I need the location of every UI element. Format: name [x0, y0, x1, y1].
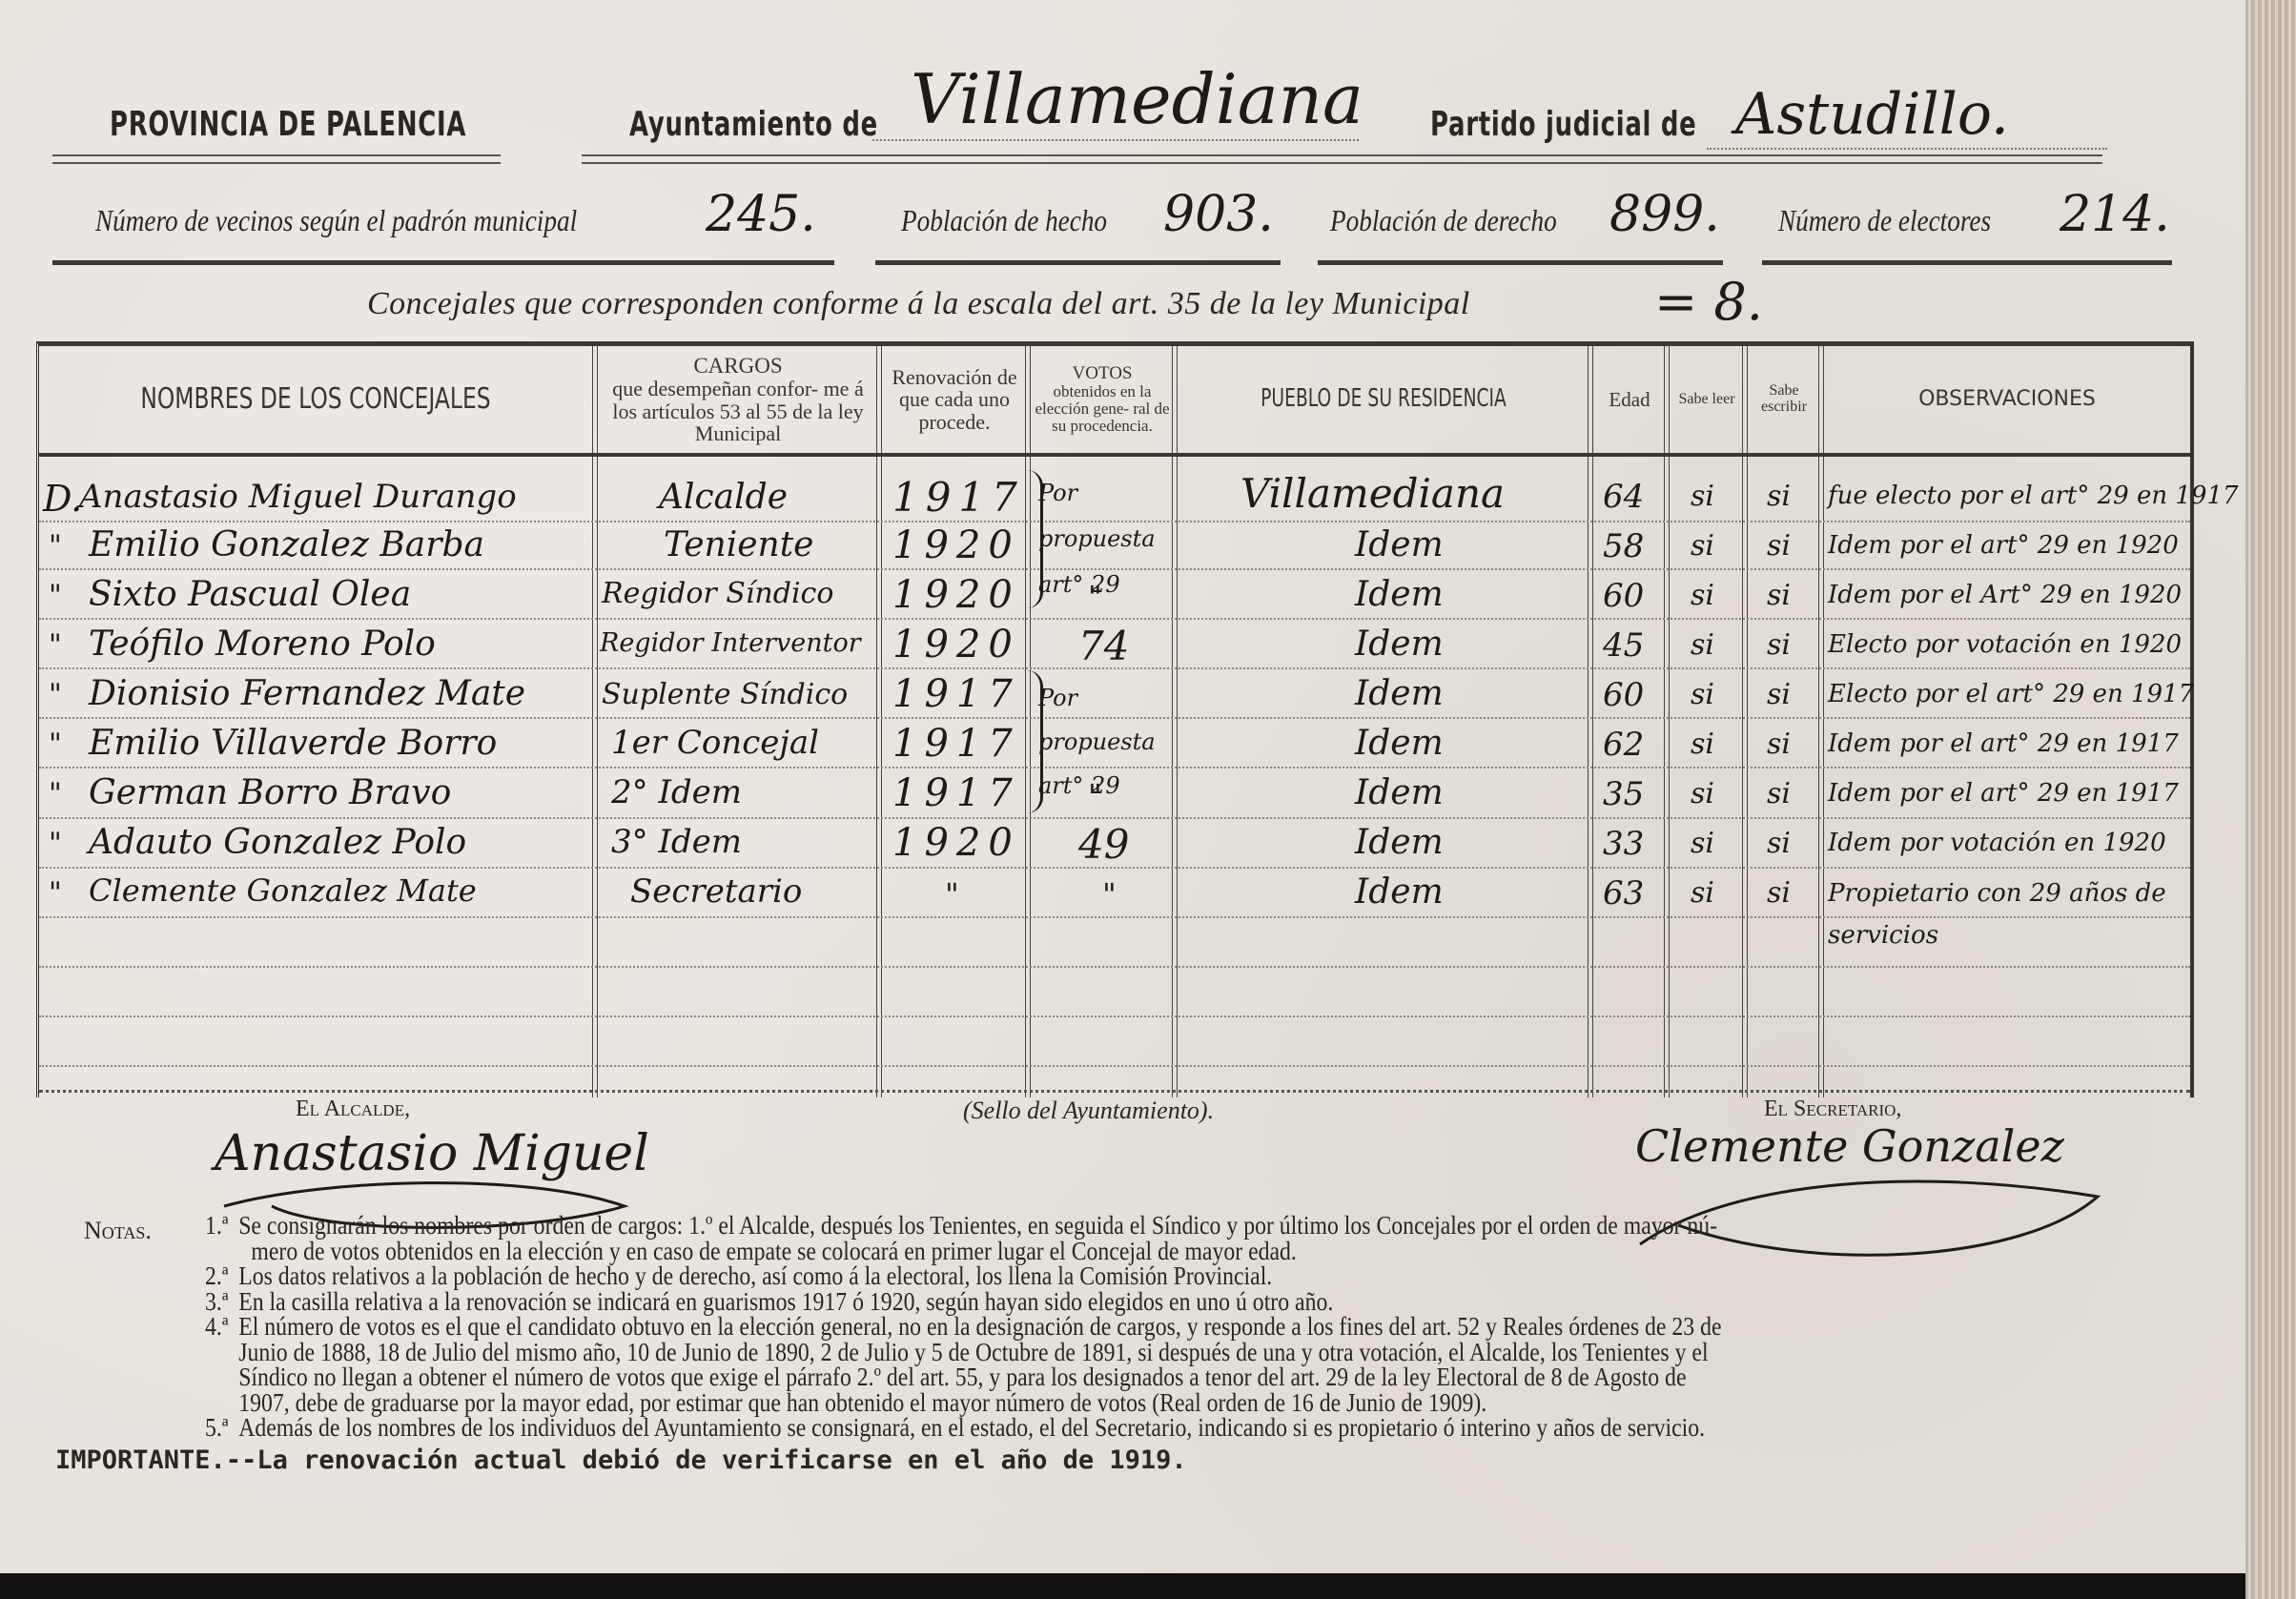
- row-observaciones: Idem por el Art° 29 en 1920: [1828, 581, 2182, 609]
- note-number: 4.ª: [205, 1314, 238, 1340]
- document-page: PROVINCIA DE PALENCIA Ayuntamiento de Vi…: [0, 0, 2245, 1573]
- row-pueblo: Idem: [1355, 625, 1444, 664]
- hecho-value: 903.: [1163, 186, 1274, 243]
- vecinos-label: Número de vecinos según el padrón munici…: [95, 203, 577, 238]
- electores-label: Número de electores: [1778, 203, 1991, 238]
- row-sabe-leer: si: [1691, 827, 1714, 860]
- concejales-scale-label: Concejales que corresponden conforme á l…: [367, 286, 1470, 322]
- row-votos: Por propuesta art° 29: [1038, 676, 1167, 808]
- row-edad: 60: [1603, 676, 1644, 714]
- row-sabe-leer: si: [1691, 529, 1714, 563]
- note-text: Junio de 1888, 18 de Julio del mismo año…: [238, 1338, 1708, 1366]
- row-cargo: 1er Concejal: [611, 724, 819, 762]
- secretario-label: El Secretario,: [1764, 1097, 1901, 1122]
- row-pueblo: Idem: [1355, 575, 1444, 614]
- row-observaciones: Idem por votación en 1920: [1828, 829, 2166, 857]
- row-observaciones: Electo por el art° 29 en 1917: [1828, 680, 2194, 708]
- partido-label: Partido judicial de: [1430, 105, 1696, 144]
- header-pueblo: PUEBLO DE SU RESIDENCIA: [1237, 346, 1530, 453]
- notes-label: Notas.: [84, 1217, 152, 1245]
- header-observaciones: OBSERVACIONES: [1826, 346, 2188, 453]
- row-pueblo: Idem: [1355, 773, 1444, 812]
- row-renovacion: 1920: [892, 573, 1020, 617]
- note-text: En la casilla relativa a la renovación s…: [238, 1287, 1333, 1316]
- divider: [875, 260, 1281, 265]
- row-sabe-escribir: si: [1767, 777, 1791, 810]
- note-item: 2.ªLos datos relativos a la población de…: [205, 1263, 2296, 1289]
- provincia-heading: PROVINCIA DE PALENCIA: [110, 105, 466, 144]
- row-prefix: ": [49, 777, 62, 810]
- row-pueblo: Idem: [1355, 872, 1444, 912]
- derecho-label: Población de derecho: [1330, 203, 1557, 238]
- row-edad: 64: [1603, 478, 1644, 516]
- row-prefix: ": [49, 876, 62, 910]
- note-number: 5.ª: [205, 1415, 238, 1441]
- row-observaciones: Propietario con 29 años de servicios: [1828, 872, 2190, 956]
- concejales-scale-value: = 8.: [1654, 272, 1763, 332]
- ayuntamiento-value: Villamediana: [872, 59, 1359, 141]
- electores-value: 214.: [2060, 186, 2170, 243]
- row-line: [39, 966, 2190, 968]
- ayuntamiento-label: Ayuntamiento de: [629, 105, 878, 144]
- bracket-mark: [1027, 670, 1043, 813]
- row-pueblo: Idem: [1355, 674, 1444, 713]
- row-sabe-escribir: si: [1767, 529, 1791, 563]
- row-prefix: ": [49, 678, 62, 711]
- row-sabe-leer: si: [1691, 728, 1714, 761]
- row-edad: 58: [1603, 527, 1644, 565]
- row-edad: 35: [1603, 775, 1644, 813]
- row-sabe-escribir: si: [1767, 480, 1791, 513]
- header-sabe-leer: Sabe leer: [1671, 346, 1742, 453]
- row-sabe-leer: si: [1691, 876, 1714, 910]
- row-nombre: Emilio Villaverde Borro: [89, 724, 497, 763]
- column-divider: [876, 346, 882, 1097]
- row-observaciones: Idem por el art° 29 en 1920: [1828, 531, 2179, 560]
- note-number: 1.ª: [205, 1213, 238, 1239]
- note-text: Los datos relativos a la población de he…: [238, 1261, 1272, 1290]
- column-divider: [1742, 346, 1748, 1097]
- row-edad: 60: [1603, 577, 1644, 615]
- note-item: 1.ªSe consignarán los nombres por orden …: [205, 1213, 2296, 1263]
- row-observaciones: Idem por el art° 29 en 1917: [1828, 779, 2179, 808]
- row-sabe-leer: si: [1691, 628, 1714, 662]
- row-nombre: Adauto Gonzalez Polo: [89, 823, 466, 862]
- row-nombre: Anastasio Miguel Durango: [79, 478, 517, 516]
- row-renovacion: 1917: [892, 474, 1025, 521]
- row-sabe-escribir: si: [1767, 827, 1791, 860]
- row-nombre: Emilio Gonzalez Barba: [89, 525, 484, 564]
- header-rule: [39, 453, 2190, 457]
- header-cargos-sub: que desempeñan confor- me á los artículo…: [600, 378, 876, 443]
- row-votos: ": [1102, 876, 1117, 912]
- note-text: Síndico no llegan a obtener el número de…: [238, 1363, 1686, 1391]
- row-sabe-leer: si: [1691, 777, 1714, 810]
- row-pueblo: Villamediana: [1240, 470, 1505, 517]
- row-renovacion: 1917: [892, 722, 1020, 766]
- header-sabe-escribir: Sabe escribir: [1750, 346, 1818, 453]
- row-pueblo: Idem: [1355, 724, 1444, 763]
- row-prefix: ": [49, 827, 62, 860]
- partido-value: Astudillo.: [1707, 81, 2107, 150]
- row-votos: Por propuesta art° 29: [1038, 470, 1167, 607]
- note-item: 5.ªAdemás de los nombres de los individu…: [205, 1415, 2296, 1441]
- row-edad: 33: [1603, 825, 1644, 863]
- row-sabe-leer: si: [1691, 579, 1714, 612]
- row-nombre: Sixto Pascual Olea: [89, 575, 411, 614]
- header-nombres: NOMBRES DE LOS CONCEJALES: [100, 346, 531, 453]
- row-cargo: Regidor Interventor: [600, 628, 861, 658]
- note-text: El número de votos es el que el candidat…: [238, 1312, 1721, 1341]
- note-item: 4.ªEl número de votos es el que el candi…: [205, 1314, 2296, 1415]
- row-cargo: Regidor Síndico: [602, 577, 833, 610]
- row-cargo: Alcalde: [659, 478, 788, 517]
- header-edad: Edad: [1595, 346, 1664, 453]
- row-votos: ": [1088, 579, 1102, 615]
- divider: [52, 260, 834, 265]
- row-observaciones: Electo por votación en 1920: [1828, 630, 2182, 659]
- row-prefix: ": [49, 628, 62, 662]
- row-renovacion: 1920: [892, 821, 1020, 865]
- row-sabe-leer: si: [1691, 480, 1714, 513]
- column-divider: [1818, 346, 1824, 1097]
- row-observaciones: fue electo por el art° 29 en 1917: [1828, 482, 2239, 510]
- row-cargo: Secretario: [630, 872, 802, 911]
- row-renovacion: 1917: [892, 672, 1020, 716]
- divider: [52, 154, 501, 164]
- concejales-table: NOMBRES DE LOS CONCEJALES CARGOS que des…: [36, 341, 2194, 1097]
- row-line: [39, 1065, 2190, 1067]
- divider: [582, 154, 1383, 164]
- note-number: 2.ª: [205, 1263, 238, 1289]
- row-sabe-escribir: si: [1767, 728, 1791, 761]
- row-pueblo: Idem: [1355, 525, 1444, 564]
- scan-shadow: [0, 1573, 2245, 1599]
- row-renovacion: 1920: [892, 623, 1020, 666]
- header-votos-title: VOTOS: [1073, 364, 1133, 383]
- header-cargos-title: CARGOS: [693, 355, 782, 378]
- note-item: 3.ªEn la casilla relativa a la renovació…: [205, 1289, 2296, 1315]
- row-nombre: Teófilo Moreno Polo: [89, 625, 436, 664]
- row-observaciones: Idem por el art° 29 en 1917: [1828, 729, 2179, 758]
- header-cargos: CARGOS que desempeñan confor- me á los a…: [600, 346, 876, 453]
- column-divider: [1588, 346, 1593, 1097]
- column-divider: [1172, 346, 1178, 1097]
- row-cargo: 2° Idem: [611, 773, 742, 811]
- important-notice: IMPORTANTE.--La renovación actual debió …: [55, 1445, 1187, 1475]
- column-divider: [1664, 346, 1670, 1097]
- row-pueblo: Idem: [1355, 823, 1444, 862]
- row-nombre: German Borro Bravo: [89, 773, 451, 812]
- vecinos-value: 245.: [706, 186, 816, 243]
- alcalde-label: El Alcalde,: [296, 1097, 410, 1122]
- row-votos: 74: [1078, 623, 1129, 669]
- row-votos: ": [1088, 777, 1102, 813]
- note-number: 3.ª: [205, 1289, 238, 1315]
- header-renovacion: Renovación de que cada uno procede.: [884, 346, 1025, 453]
- row-sabe-escribir: si: [1767, 876, 1791, 910]
- row-prefix: ": [49, 529, 62, 563]
- bracket-mark: [1027, 470, 1043, 608]
- row-nombre: Dionisio Fernandez Mate: [89, 674, 525, 713]
- row-edad: 45: [1603, 626, 1644, 665]
- row-votos: 49: [1078, 821, 1129, 868]
- column-divider: [592, 346, 598, 1097]
- note-text: Además de los nombres de los individuos …: [238, 1413, 1705, 1442]
- divider: [1762, 260, 2172, 265]
- row-sabe-leer: si: [1691, 678, 1714, 711]
- row-renovacion: 1920: [892, 523, 1020, 567]
- header-votos-sub: obtenidos en la elección gene- ral de su…: [1033, 383, 1172, 435]
- row-line: [39, 618, 2190, 620]
- row-edad: 62: [1603, 726, 1644, 764]
- row-prefix: ": [49, 579, 62, 612]
- sello-label: (Sello del Ayuntamiento).: [963, 1097, 1214, 1125]
- row-cargo: 3° Idem: [611, 823, 742, 861]
- row-nombre: Clemente Gonzalez Mate: [89, 872, 477, 909]
- divider: [1383, 154, 2102, 164]
- divider: [1318, 260, 1723, 265]
- row-line: [39, 1015, 2190, 1017]
- row-cargo: Teniente: [664, 525, 813, 564]
- derecho-value: 899.: [1609, 186, 1720, 243]
- note-text: Se consignarán los nombres por orden de …: [238, 1211, 1717, 1240]
- note-text: 1907, debe de graduarse por la mayor eda…: [238, 1388, 1486, 1417]
- notes-block: 1.ªSe consignarán los nombres por orden …: [205, 1213, 2296, 1441]
- header-votos: VOTOS obtenidos en la elección gene- ral…: [1033, 346, 1172, 453]
- row-sabe-escribir: si: [1767, 678, 1791, 711]
- book-page-edges: [2245, 0, 2296, 1599]
- note-text: mero de votos obtenidos en la elección y…: [251, 1237, 1296, 1265]
- row-line: [39, 817, 2190, 819]
- row-renovacion: 1917: [892, 771, 1020, 815]
- row-prefix: ": [49, 728, 62, 761]
- hecho-label: Población de hecho: [901, 203, 1107, 238]
- row-sabe-escribir: si: [1767, 628, 1791, 662]
- row-sabe-escribir: si: [1767, 579, 1791, 612]
- table-bottom-line: [39, 1090, 2190, 1093]
- row-renovacion: ": [945, 876, 959, 912]
- row-cargo: Suplente Síndico: [602, 678, 848, 711]
- row-prefix: D.: [43, 478, 82, 520]
- row-edad: 63: [1603, 874, 1644, 912]
